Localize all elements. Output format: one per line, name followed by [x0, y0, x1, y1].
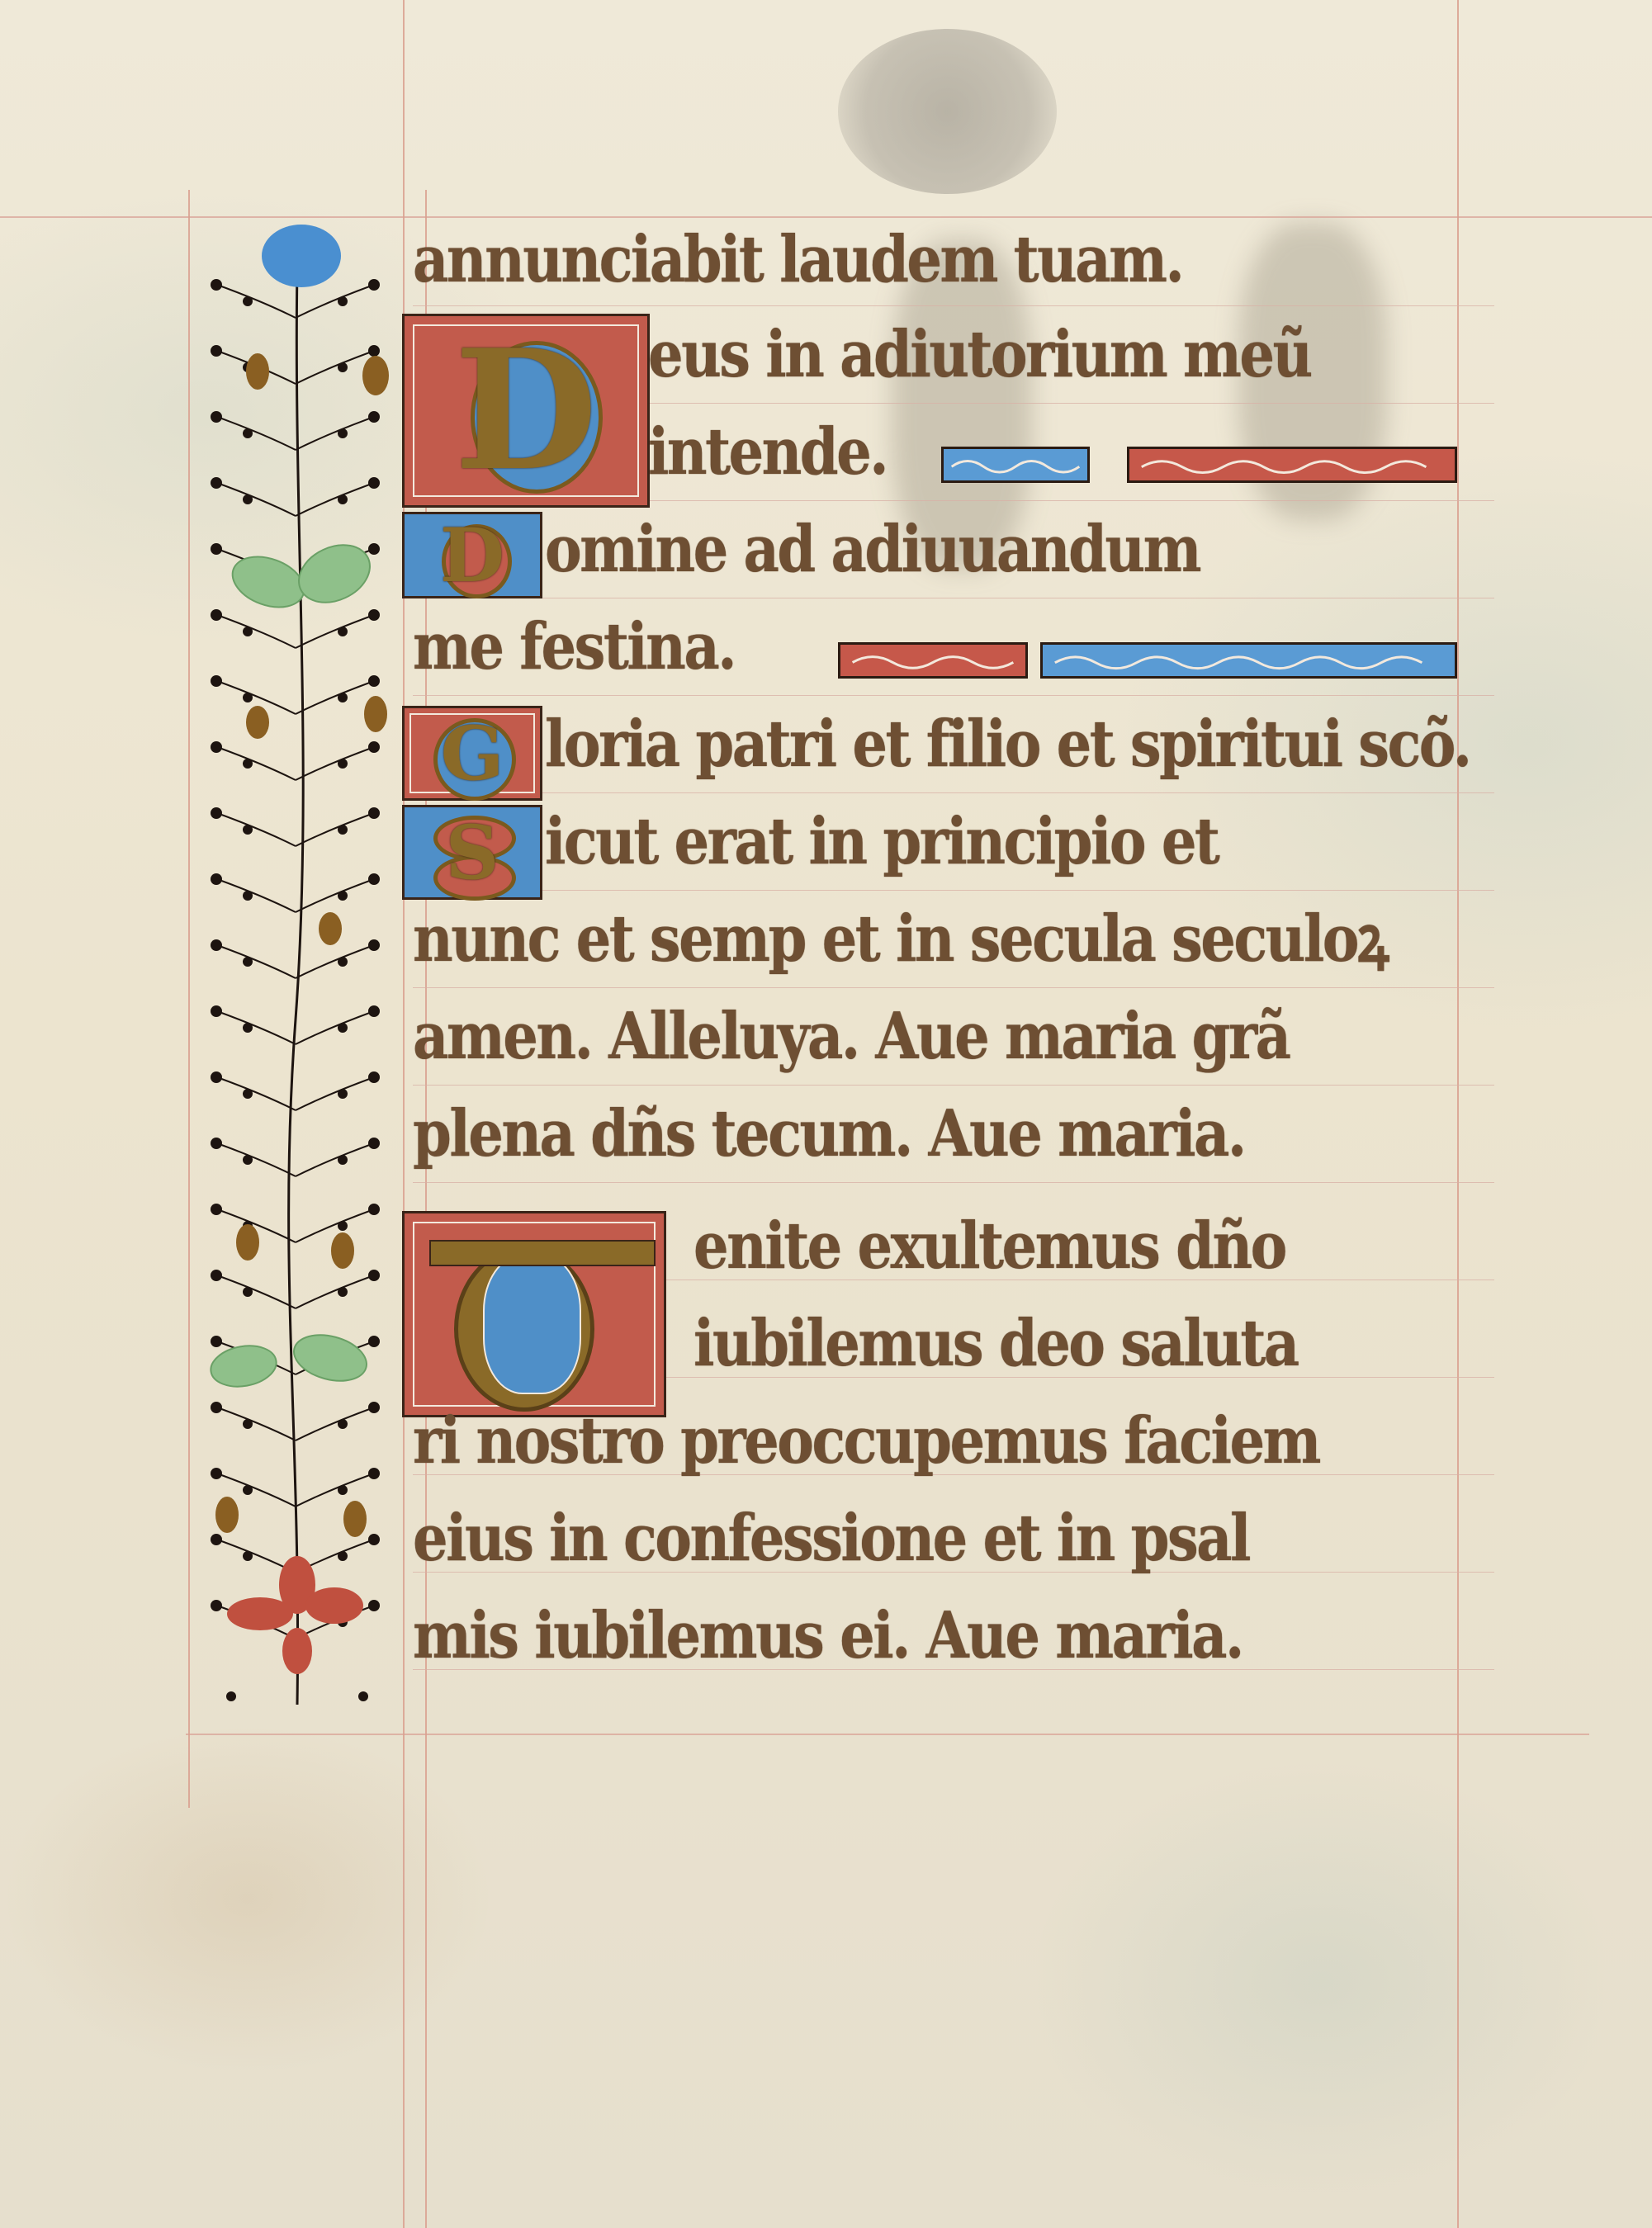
text-line-5: me festina. [413, 610, 735, 684]
initial-d-deus: D [402, 314, 650, 508]
initial-d-domine: D [402, 512, 542, 598]
text-line-14: eius in confessione et in psal [413, 1502, 1249, 1576]
acanthus-spray-icon [198, 194, 400, 1746]
line-filler-red [1127, 447, 1457, 483]
text-line-4: omine ad adiuuandum [545, 513, 1200, 587]
initial-v-venite: V [402, 1211, 666, 1417]
text-line-10: plena dñs tecum. Aue maria. [413, 1097, 1245, 1171]
text-line-6: loria patri et filio et spiritui scõ. [545, 707, 1470, 782]
line-filler-red [838, 642, 1028, 679]
text-line-11: enite exultemus dño [693, 1209, 1285, 1284]
text-line-8: nunc et semp et in secula seculoꝝ [413, 902, 1387, 977]
text-line-1: annunciabit laudem tuam. [413, 223, 1182, 297]
initial-s-sicut: S [402, 805, 542, 900]
text-line-15: mis iubilemus ei. Aue maria. [413, 1599, 1243, 1673]
text-line-12: iubilemus deo saluta [693, 1307, 1298, 1381]
ruling-right [1457, 0, 1459, 2228]
text-line-13: ri nostro preoccupemus faciem [413, 1404, 1319, 1478]
line-filler-blue [1040, 642, 1457, 679]
initial-g-gloria: G [402, 706, 542, 801]
decorated-border [198, 194, 400, 1746]
circular-stain [838, 29, 1057, 194]
text-line-7: icut erat in principio et [545, 805, 1218, 879]
text-line-9: amen. Alleluya. Aue maria grã [413, 1000, 1290, 1074]
ruling-left-outer [188, 190, 190, 1808]
line-filler-blue [941, 447, 1090, 483]
text-line-2: eus in adiutorium meũ [648, 318, 1311, 392]
text-line-3: intende. [648, 415, 887, 490]
